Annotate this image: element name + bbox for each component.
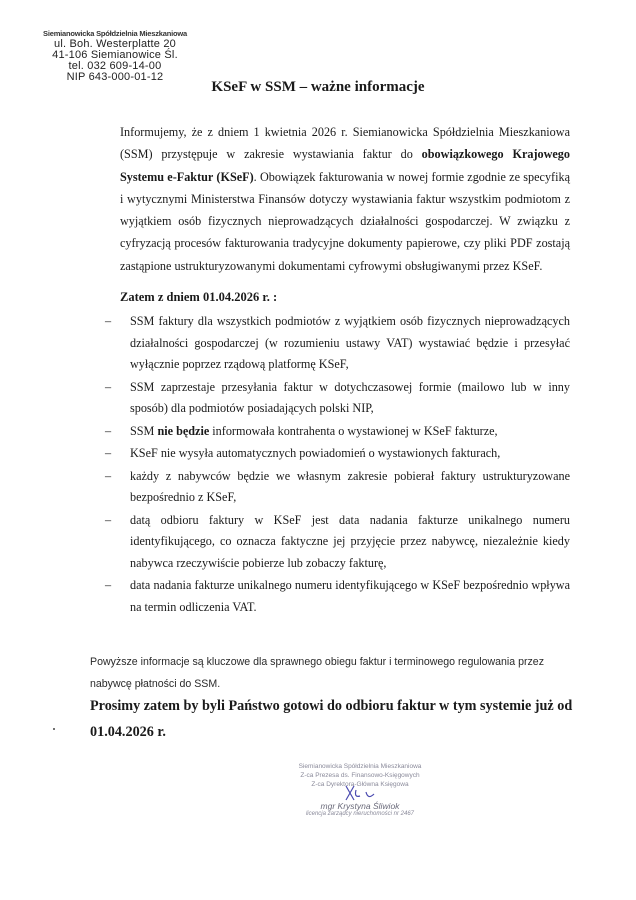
company-stamp: Siemianowicka Spółdzielnia Mieszkaniowa … bbox=[30, 28, 200, 83]
note-paragraph: Powyższe informacje są kluczowe dla spra… bbox=[90, 651, 580, 695]
list-item-text: każdy z nabywców będzie we własnym zakre… bbox=[130, 469, 570, 505]
list-item-text: SSM zaprzestaje przesyłania faktur w dot… bbox=[130, 380, 570, 416]
intro-text-2: . Obowiązek fakturowania w nowej formie … bbox=[120, 170, 570, 273]
dash-bullet: – bbox=[105, 443, 111, 465]
document-title: KSeF w SSM – ważne informacje bbox=[0, 79, 636, 96]
list-item: –SSM zaprzestaje przesyłania faktur w do… bbox=[120, 377, 570, 420]
list-item: –SSM nie będzie informowała kontrahenta … bbox=[120, 421, 570, 443]
info-list: –SSM faktury dla wszystkich podmiotów z … bbox=[120, 311, 570, 619]
list-item-text: SSM faktury dla wszystkich podmiotów z w… bbox=[130, 314, 570, 371]
list-item: –SSM faktury dla wszystkich podmiotów z … bbox=[120, 311, 570, 376]
list-item-text: informowała kontrahenta o wystawionej w … bbox=[209, 424, 497, 438]
signature-role-1: Z-ca Prezesa ds. Finansowo-Księgowych bbox=[280, 771, 440, 780]
list-item: –KSeF nie wysyła automatycznych powiadom… bbox=[120, 443, 570, 465]
signature-stamp: Siemianowicka Spółdzielnia Mieszkaniowa … bbox=[280, 762, 440, 817]
dash-bullet: – bbox=[105, 421, 111, 443]
list-item: –datą odbioru faktury w KSeF jest data n… bbox=[120, 510, 570, 575]
dash-bullet: – bbox=[105, 510, 111, 532]
list-item: –data nadania fakturze unikalnego numeru… bbox=[120, 575, 570, 618]
handwritten-signature-icon bbox=[340, 782, 380, 804]
list-item: –każdy z nabywców będzie we własnym zakr… bbox=[120, 466, 570, 509]
dash-bullet: – bbox=[105, 466, 111, 488]
dash-bullet: – bbox=[105, 377, 111, 399]
list-item-text: KSeF nie wysyła automatycznych powiadomi… bbox=[130, 446, 500, 460]
dash-bullet: – bbox=[105, 575, 111, 597]
closing-request: Prosimy zatem by byli Państwo gotowi do … bbox=[90, 693, 580, 745]
list-item-text: data nadania fakturze unikalnego numeru … bbox=[130, 578, 570, 614]
signature-org: Siemianowicka Spółdzielnia Mieszkaniowa bbox=[280, 762, 440, 771]
scan-artifact-dot bbox=[53, 728, 55, 730]
list-item-text: SSM bbox=[130, 424, 157, 438]
list-item-bold: nie będzie bbox=[157, 424, 209, 438]
list-item-text: datą odbioru faktury w KSeF jest data na… bbox=[130, 513, 570, 570]
intro-paragraph: Informujemy, że z dniem 1 kwietnia 2026 … bbox=[120, 121, 570, 277]
dash-bullet: – bbox=[105, 311, 111, 333]
section-heading: Zatem z dniem 01.04.2026 r. : bbox=[120, 290, 277, 305]
signatory-license: licencja zarządcy nieruchomości nr 2467 bbox=[280, 811, 440, 817]
